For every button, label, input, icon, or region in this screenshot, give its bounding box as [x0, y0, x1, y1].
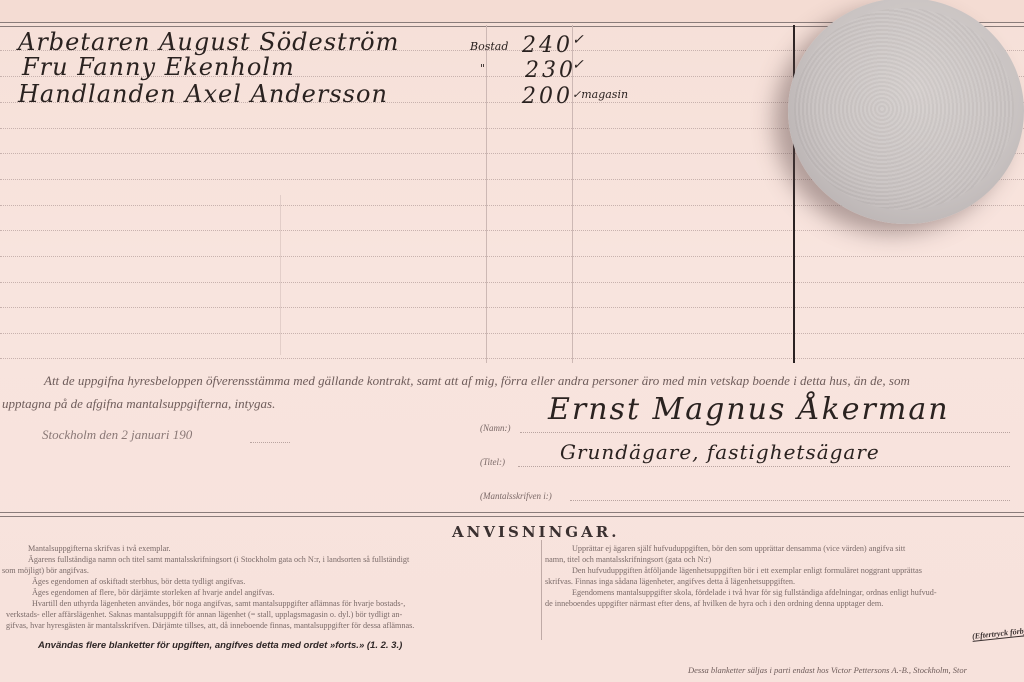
- instruction-line: Upprättar ej ägaren själf hufvuduppgifte…: [572, 544, 905, 555]
- title-label: (Titel:): [480, 457, 505, 467]
- title-line: [518, 466, 1010, 467]
- instruction-line: Den hufvuduppgiften åtföljande lägenhets…: [572, 566, 922, 577]
- entry-suffix: Bostad: [470, 40, 508, 53]
- column-divider: [280, 195, 281, 355]
- check-mark: ✓: [572, 32, 584, 48]
- signature-title: Grundägare, fastighetsägare: [560, 440, 880, 464]
- instruction-line: gifvas, hvar hyresgästen är mantalsskrif…: [6, 621, 414, 632]
- instruction-line: Ägarens fullständiga namn och titel samt…: [28, 555, 409, 566]
- entry-name: Fru Fanny Ekenholm: [22, 53, 295, 81]
- entry-name: Arbetaren August Södeström: [18, 28, 399, 56]
- instruction-line: Mantalsuppgifterna skrifvas i två exempl…: [28, 544, 171, 555]
- instruction-line: Egendomens mantalsuppgifter skola, förde…: [572, 588, 937, 599]
- ruled-line: [0, 307, 1024, 308]
- check-mark: ✓: [572, 57, 584, 73]
- instruction-line: de inneboendes uppgifter närmast efter d…: [545, 599, 883, 610]
- entry-amount: 200: [522, 84, 573, 109]
- instructions-column-divider: [541, 540, 542, 640]
- name-label: (Namn:): [480, 423, 511, 433]
- ruled-line: [0, 333, 1024, 334]
- ruled-line: [0, 230, 1024, 231]
- instruction-line: skrifvas. Finnas inga sådana lägenheter,…: [545, 577, 795, 588]
- year-line: [250, 442, 290, 443]
- place-date: Stockholm den 2 januari 190: [42, 427, 192, 443]
- entry-amount: 230: [525, 58, 576, 83]
- instruction-line: Hvartill den uthyrda lägenheten användes…: [32, 599, 405, 610]
- signature-name: Ernst Magnus Åkerman: [548, 392, 950, 427]
- publisher-footer: Dessa blanketter säljas i parti endast h…: [688, 665, 967, 675]
- entry-amount: 240: [522, 33, 573, 58]
- instruction-line: verkstads- eller affärslägenhet. Saknas …: [6, 610, 402, 621]
- ruled-line: [0, 358, 1024, 359]
- column-divider: [486, 25, 487, 363]
- entry-name: Handlanden Axel Andersson: [18, 80, 388, 108]
- instructions-rule: [0, 512, 1024, 517]
- check-mark-magasin: ✓magasin: [572, 88, 628, 101]
- reprint-note: (Eftertryck förbjudes.): [972, 624, 1024, 642]
- name-line: [520, 432, 1010, 433]
- scanned-form-page: Arbetaren August Södeström Bostad 240 ✓ …: [0, 0, 1024, 682]
- forts-note: Användas flere blanketter för upgiften, …: [38, 640, 402, 651]
- certification-line-2: upptagna på de afgifna mantalsuppgiftern…: [2, 396, 275, 412]
- paperweight-stone: [788, 0, 1024, 224]
- instruction-line: som möjligt) bör angifvas.: [2, 566, 89, 577]
- ruled-line: [0, 256, 1024, 257]
- entry-suffix: ": [480, 62, 485, 75]
- registered-line: [570, 500, 1010, 501]
- ruled-line: [0, 282, 1024, 283]
- instruction-line: namn, titel och mantalsskrifningsort (ga…: [545, 555, 711, 566]
- registered-label: (Mantalsskrifven i:): [480, 491, 552, 501]
- instruction-line: Äges egendomen af oskiftadt sterbhus, bö…: [32, 577, 245, 588]
- instruction-line: Äges egendomen af flere, bör därjämte st…: [32, 588, 274, 599]
- instructions-heading: ANVISNINGAR.: [452, 523, 619, 541]
- certification-line-1: Att de uppgifna hyresbeloppen öfverensst…: [44, 373, 910, 389]
